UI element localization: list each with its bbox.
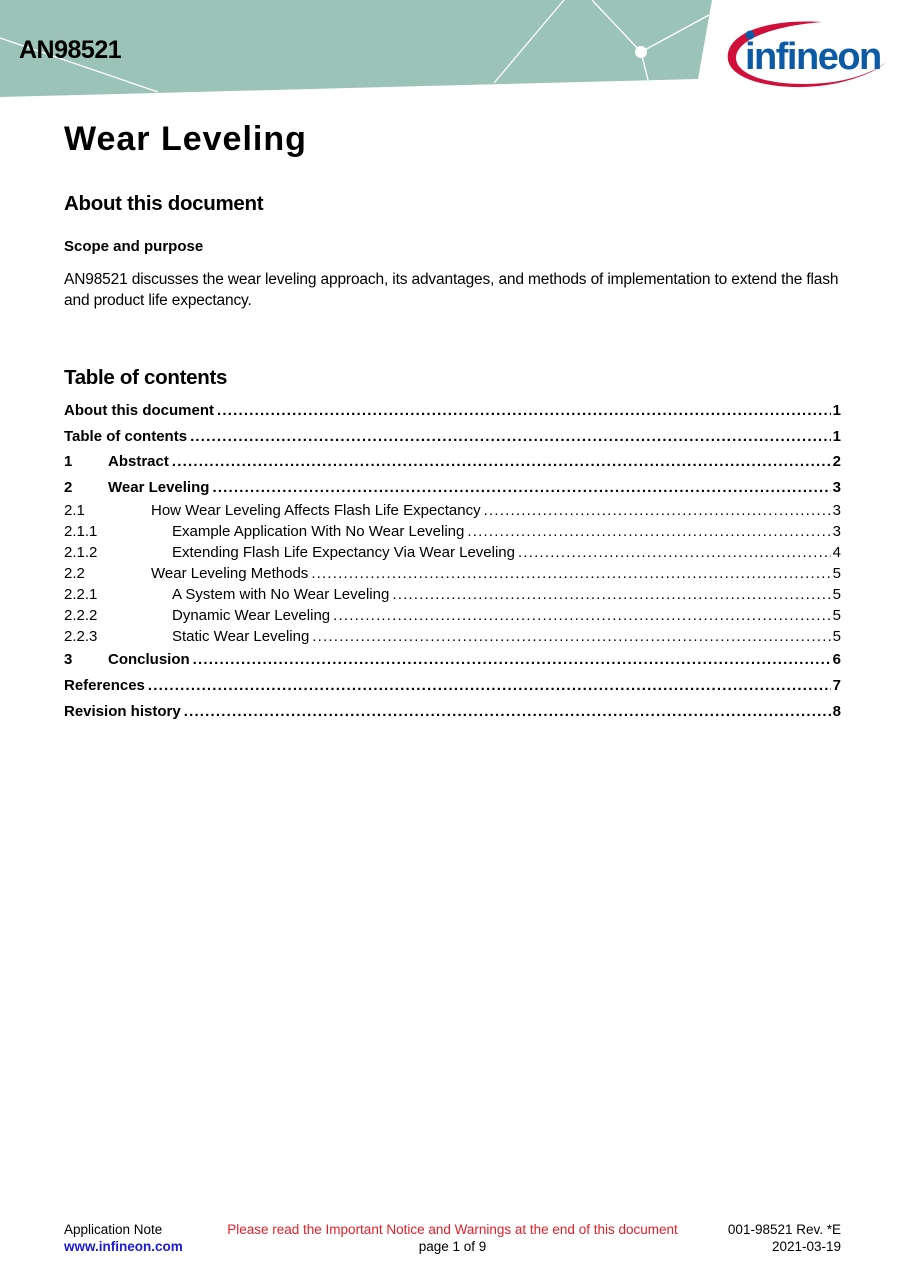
toc-entry[interactable]: 2.2Wear Leveling Methods5 <box>64 563 841 584</box>
toc-dot-leader <box>217 398 831 424</box>
toc-dot-leader <box>212 475 830 501</box>
scope-body: AN98521 discusses the wear leveling appr… <box>64 270 844 311</box>
toc-dot-leader <box>312 626 830 647</box>
toc-entry[interactable]: 2.1.2Extending Flash Life Expectancy Via… <box>64 542 841 563</box>
footer-left: Application Note www.infineon.com <box>64 1221 183 1255</box>
toc-entry[interactable]: 2.2.3Static Wear Leveling5 <box>64 626 841 647</box>
toc-entry-page[interactable]: 5 <box>833 563 841 584</box>
toc-entry[interactable]: Table of contents1 <box>64 424 841 450</box>
about-heading: About this document <box>64 192 263 216</box>
toc-entry-label[interactable]: Extending Flash Life Expectancy Via Wear… <box>172 542 515 563</box>
footer-doc-type: Application Note <box>64 1221 183 1238</box>
toc-entry-page[interactable]: 6 <box>833 647 841 673</box>
toc-heading: Table of contents <box>64 366 227 390</box>
toc-entry-number: 2.1.1 <box>64 521 172 542</box>
footer-notice: Please read the Important Notice and War… <box>200 1221 705 1238</box>
toc-entry-number: 2 <box>64 475 108 501</box>
toc-entry-label[interactable]: Static Wear Leveling <box>172 626 309 647</box>
toc-entry-number: 2.2.1 <box>64 584 172 605</box>
toc-dot-leader <box>148 673 831 699</box>
toc-entry[interactable]: References7 <box>64 673 841 699</box>
toc-entry-label[interactable]: Dynamic Wear Leveling <box>172 605 330 626</box>
toc-entry[interactable]: 3Conclusion6 <box>64 647 841 673</box>
footer-revision: 001-98521 Rev. *E <box>728 1221 841 1238</box>
toc-entry-page[interactable]: 4 <box>833 542 841 563</box>
toc-entry-label[interactable]: References <box>64 673 145 699</box>
toc-entry-label[interactable]: How Wear Leveling Affects Flash Life Exp… <box>151 500 481 521</box>
toc-entry-label[interactable]: About this document <box>64 398 214 424</box>
toc-entry-page[interactable]: 3 <box>833 500 841 521</box>
toc-entry-page[interactable]: 1 <box>833 424 841 450</box>
toc-entry[interactable]: 2.2.2Dynamic Wear Leveling5 <box>64 605 841 626</box>
toc-entry[interactable]: 2.2.1A System with No Wear Leveling5 <box>64 584 841 605</box>
toc-entry-page[interactable]: 7 <box>833 673 841 699</box>
document-id: AN98521 <box>19 36 121 65</box>
toc-entry-label[interactable]: Abstract <box>108 449 169 475</box>
toc-entry-page[interactable]: 5 <box>833 605 841 626</box>
toc-entry-number: 2.2.2 <box>64 605 172 626</box>
footer-page-info: page 1 of 9 <box>200 1238 705 1255</box>
toc-entry-page[interactable]: 1 <box>833 398 841 424</box>
toc-entry[interactable]: Revision history8 <box>64 699 841 725</box>
toc-dot-leader <box>311 563 830 584</box>
toc-dot-leader <box>333 605 831 626</box>
toc-entry-page[interactable]: 5 <box>833 626 841 647</box>
footer-website-link[interactable]: www.infineon.com <box>64 1238 183 1255</box>
toc-entry-number: 2.2 <box>64 563 151 584</box>
toc-entry-page[interactable]: 5 <box>833 584 841 605</box>
table-of-contents: About this document1Table of contents11A… <box>64 398 841 724</box>
toc-entry[interactable]: About this document1 <box>64 398 841 424</box>
toc-entry[interactable]: 2.1.1Example Application With No Wear Le… <box>64 521 841 542</box>
toc-dot-leader <box>392 584 830 605</box>
toc-entry-label[interactable]: Example Application With No Wear Levelin… <box>172 521 464 542</box>
toc-dot-leader <box>518 542 831 563</box>
toc-entry-page[interactable]: 8 <box>833 699 841 725</box>
footer-date: 2021-03-19 <box>728 1238 841 1255</box>
scope-heading: Scope and purpose <box>64 238 203 255</box>
toc-entry-label[interactable]: Conclusion <box>108 647 190 673</box>
toc-entry[interactable]: 1Abstract2 <box>64 449 841 475</box>
toc-dot-leader <box>184 699 831 725</box>
toc-dot-leader <box>467 521 830 542</box>
toc-entry-label[interactable]: Revision history <box>64 699 181 725</box>
toc-entry-label[interactable]: A System with No Wear Leveling <box>172 584 389 605</box>
logo-text: infineon <box>745 36 881 78</box>
toc-entry-label[interactable]: Wear Leveling Methods <box>151 563 308 584</box>
footer-center: Please read the Important Notice and War… <box>200 1221 705 1255</box>
toc-dot-leader <box>193 647 831 673</box>
toc-entry-page[interactable]: 2 <box>833 449 841 475</box>
toc-dot-leader <box>190 424 831 450</box>
toc-entry-label[interactable]: Table of contents <box>64 424 187 450</box>
toc-entry-page[interactable]: 3 <box>833 475 841 501</box>
toc-entry-number: 3 <box>64 647 108 673</box>
footer-right: 001-98521 Rev. *E 2021-03-19 <box>728 1221 841 1255</box>
document-title: Wear Leveling <box>64 120 307 159</box>
toc-entry[interactable]: 2Wear Leveling3 <box>64 475 841 501</box>
toc-entry-number: 2.1 <box>64 500 151 521</box>
infineon-logo: infineon <box>722 14 892 96</box>
toc-entry-number: 2.1.2 <box>64 542 172 563</box>
toc-entry[interactable]: 2.1How Wear Leveling Affects Flash Life … <box>64 500 841 521</box>
toc-entry-label[interactable]: Wear Leveling <box>108 475 209 501</box>
toc-dot-leader <box>484 500 831 521</box>
toc-dot-leader <box>172 449 831 475</box>
toc-entry-page[interactable]: 3 <box>833 521 841 542</box>
toc-entry-number: 2.2.3 <box>64 626 172 647</box>
toc-entry-number: 1 <box>64 449 108 475</box>
